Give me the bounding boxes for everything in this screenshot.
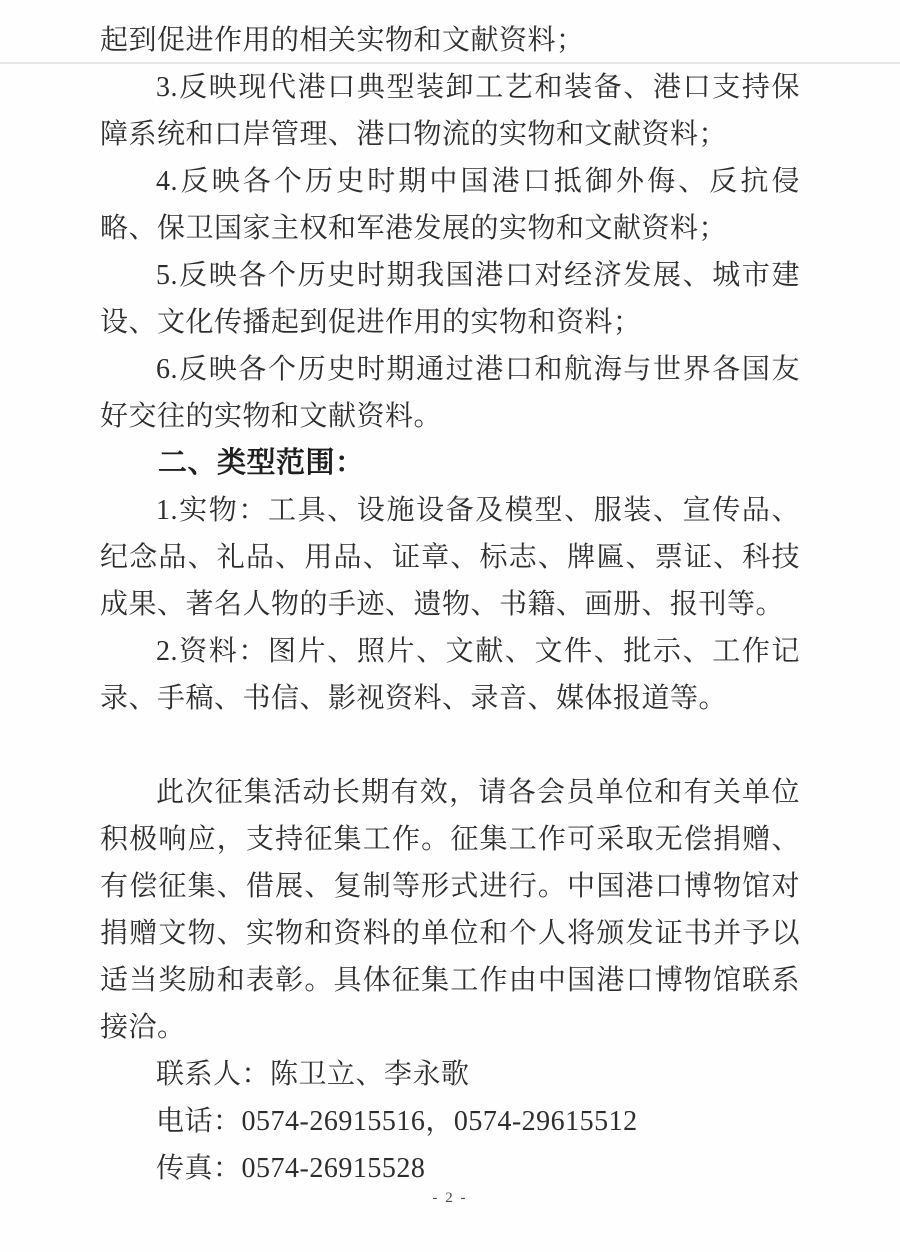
- contact-phone-line: 电话：0574-26915516，0574-29615512: [100, 1098, 800, 1145]
- document-page: { "document": { "paragraphs": { "p0": "起…: [0, 0, 900, 1252]
- body-paragraph-materials: 2.资料：图片、照片、文献、文件、批示、工作记录、手稿、书信、影视资料、录音、媒…: [100, 628, 800, 722]
- page-number: - 2 -: [0, 1190, 900, 1207]
- contact-fax-line: 传真：0574-26915528: [100, 1145, 800, 1192]
- body-paragraph-objects: 1.实物：工具、设施设备及模型、服装、宣传品、纪念品、礼品、用品、证章、标志、牌…: [100, 487, 800, 628]
- document-body: 起到促进作用的相关实物和文献资料； 3.反映现代港口典型装卸工艺和装备、港口支持…: [100, 17, 800, 1192]
- body-paragraph-item-5: 5.反映各个历史时期我国港口对经济发展、城市建设、文化传播起到促进作用的实物和资…: [100, 252, 800, 346]
- contact-person-line: 联系人：陈卫立、李永歌: [100, 1051, 800, 1098]
- body-paragraph-item-3: 3.反映现代港口典型装卸工艺和装备、港口支持保障系统和口岸管理、港口物流的实物和…: [100, 64, 800, 158]
- body-paragraph-item-4: 4.反映各个历史时期中国港口抵御外侮、反抗侵略、保卫国家主权和军港发展的实物和文…: [100, 158, 800, 252]
- body-paragraph-item-6: 6.反映各个历史时期通过港口和航海与世界各国友好交往的实物和文献资料。: [100, 346, 800, 440]
- body-paragraph-closing: 此次征集活动长期有效，请各会员单位和有关单位积极响应，支持征集工作。征集工作可采…: [100, 769, 800, 1051]
- section-heading-type-scope: 二、类型范围：: [100, 440, 800, 487]
- body-paragraph-continuation: 起到促进作用的相关实物和文献资料；: [100, 17, 800, 64]
